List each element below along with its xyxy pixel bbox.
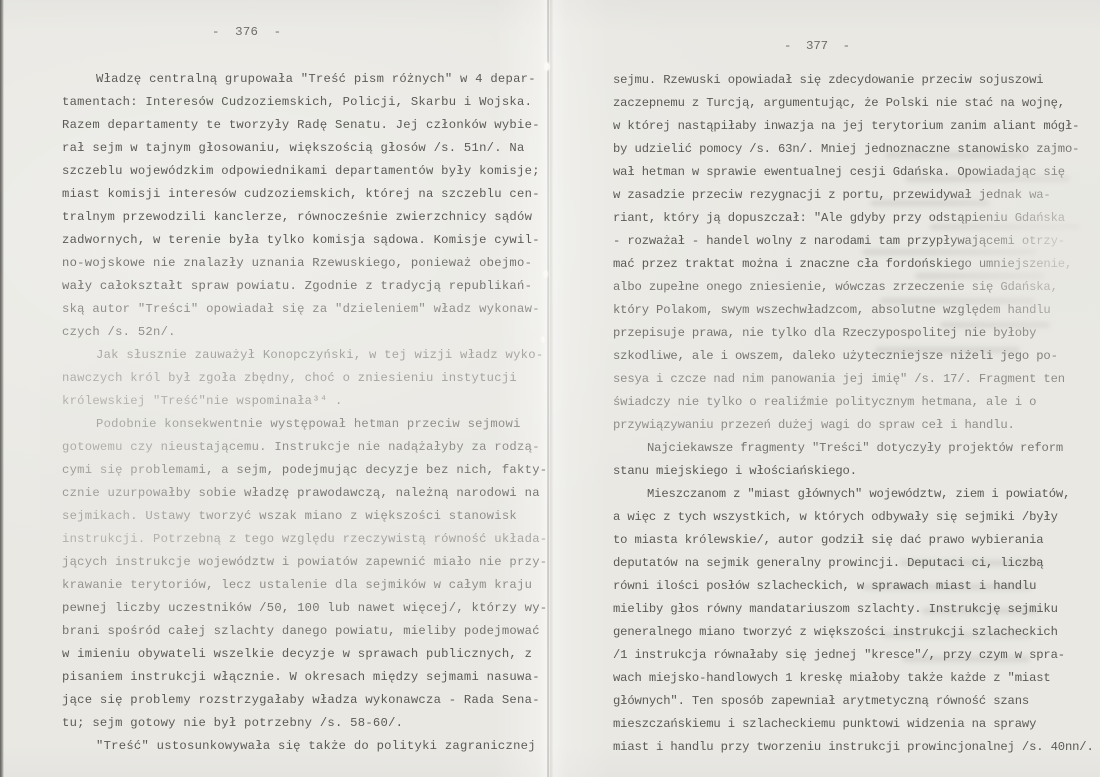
text-line: mać przez traktat można i znaczne cła fo… — [613, 253, 1094, 276]
text-line: to miasta królewskie/, autor godził się … — [613, 529, 1094, 552]
text-line: gotowemu czy nieustającemu. Instrukcje n… — [62, 436, 547, 459]
text-line: w zasadzie przeciw rezygnacji z portu, p… — [613, 184, 1094, 207]
text-line: ską autor "Treści" opowiadał się za "dzi… — [62, 298, 547, 321]
text-line: świadczy nie tylko o realiźmie polityczn… — [613, 391, 1094, 414]
text-line: Najciekawsze fragmenty "Treści" dotyczył… — [613, 437, 1094, 460]
text-line: Władzę centralną grupowała "Treść pism r… — [62, 68, 547, 91]
text-line: sejmu. Rzewuski opowiadał się zdecydowan… — [613, 69, 1094, 92]
text-line: krawanie terytoriów, lecz ustalenie dla … — [62, 574, 547, 597]
text-line: wały całokształt spraw powiatu. Zgodnie … — [62, 275, 547, 298]
text-line: - rozważał - handel wolny z narodami tam… — [613, 230, 1094, 253]
text-line: miast komisji interesów cudzoziemskich, … — [62, 183, 547, 206]
text-line: równi ilości posłów szlacheckich, w spra… — [613, 575, 1094, 598]
text-line: głównych". Ten sposób zapewniał arytmety… — [613, 690, 1094, 713]
text-line: mieszczańskiemu i szlacheckiemu punktowi… — [613, 713, 1094, 736]
text-line: w której nastąpiłaby inwazja na jej tery… — [613, 115, 1094, 138]
text-line: przywiązywaniu przezeń dużej wagi do spr… — [613, 414, 1094, 437]
text-line: generalnego miano tworzyć z większości i… — [613, 621, 1094, 644]
text-line: tu; sejm gotowy nie był potrzebny /s. 58… — [62, 712, 547, 735]
text-line: miast i handlu przy tworzeniu instrukcji… — [613, 736, 1094, 759]
text-line: stanu miejskiego i włościańskiego. — [613, 460, 1094, 483]
text-line: wach miejsko-handlowych 1 kreskę miałoby… — [613, 667, 1094, 690]
text-line: który Polakom, swym wszechwładzcom, abso… — [613, 299, 1094, 322]
text-line: riant, który ją dopuszczał: "Ale gdyby p… — [613, 207, 1094, 230]
text-line: królewskiej "Treść"nie wspominała³⁴ . — [62, 390, 547, 413]
scanned-book-spread: { "document": { "left_page": { "page_num… — [0, 0, 1100, 777]
text-line: czych /s. 52n/. — [62, 321, 547, 344]
text-line: Podobnie konsekwentnie występował hetman… — [62, 413, 547, 436]
text-line: jących instrukcje województw i powiatów … — [62, 551, 547, 574]
text-line: deputatów na sejmik generalny prowincji.… — [613, 552, 1094, 575]
scan-dark-edge — [0, 0, 4, 777]
text-line: sejmikach. Ustawy tworzyć wszak miano z … — [62, 505, 547, 528]
text-line: pisaniem instrukcji włącznie. W okresach… — [62, 666, 547, 689]
text-line: by udzielić pomocy /s. 63n/. Mniej jedno… — [613, 138, 1094, 161]
text-line: no-wojskowe nie znalazły uznania Rzewusk… — [62, 252, 547, 275]
page-377-text: sejmu. Rzewuski opowiadał się zdecydowan… — [613, 69, 1094, 759]
text-line: zadwornych, w terenie była tylko komisja… — [62, 229, 547, 252]
text-line: sesya i czcze nad nim panowania jej imię… — [613, 368, 1094, 391]
text-line: cznie uzurpowałby sobie władzę prawodawc… — [62, 482, 547, 505]
text-line: pewnej liczby uczestników /50, 100 lub n… — [62, 597, 547, 620]
text-line: jące się problemy rozstrzygałaby władza … — [62, 689, 547, 712]
text-line: szkodliwe, ale i owszem, daleko użyteczn… — [613, 345, 1094, 368]
page-number-left: - 376 - — [212, 21, 281, 44]
text-line: cymi się problemami, a sejm, podejmując … — [62, 459, 547, 482]
text-line: Razem departamenty te tworzyły Radę Sena… — [62, 114, 547, 137]
text-line: instrukcji. Potrzebną z tego względu rze… — [62, 528, 547, 551]
text-line: Jak słusznie zauważył Konopczyński, w te… — [62, 344, 547, 367]
text-line: Mieszczanom z "miast głównych" województ… — [613, 483, 1094, 506]
text-line: mieliby głos równy mandatariuszom szlach… — [613, 598, 1094, 621]
text-line: /1 instrukcja równałaby się jednej "kres… — [613, 644, 1094, 667]
text-line: rał sejm w tajnym głosowaniu, większości… — [62, 137, 547, 160]
text-line: brani spośród całej szlachty danego powi… — [62, 620, 547, 643]
text-line: zaczepnemu z Turcją, argumentując, że Po… — [613, 92, 1094, 115]
page-number-right: - 377 - — [784, 35, 850, 58]
text-line: tamentach: Interesów Cudzoziemskich, Pol… — [62, 91, 547, 114]
text-line: wał hetman w sprawie ewentualnej cesji G… — [613, 161, 1094, 184]
text-line: a więc z tych wszystkich, w których odby… — [613, 506, 1094, 529]
text-line: albo zupełne onego zniesienie, wówczas z… — [613, 276, 1094, 299]
text-line: nawczych król był zgoła zbędny, choć o z… — [62, 367, 547, 390]
text-line: w imieniu obywateli wszelkie decyzje w s… — [62, 643, 547, 666]
text-line: "Treść" ustosunkowywała się także do pol… — [62, 735, 547, 758]
page-376-text: Władzę centralną grupowała "Treść pism r… — [62, 68, 547, 758]
text-line: przepisuje prawa, nie tylko dla Rzeczypo… — [613, 322, 1094, 345]
text-line: tralnym przewodzili kanclerze, równocześ… — [62, 206, 547, 229]
text-line: szczeblu wojewódzkim odpowiednikami depa… — [62, 160, 547, 183]
